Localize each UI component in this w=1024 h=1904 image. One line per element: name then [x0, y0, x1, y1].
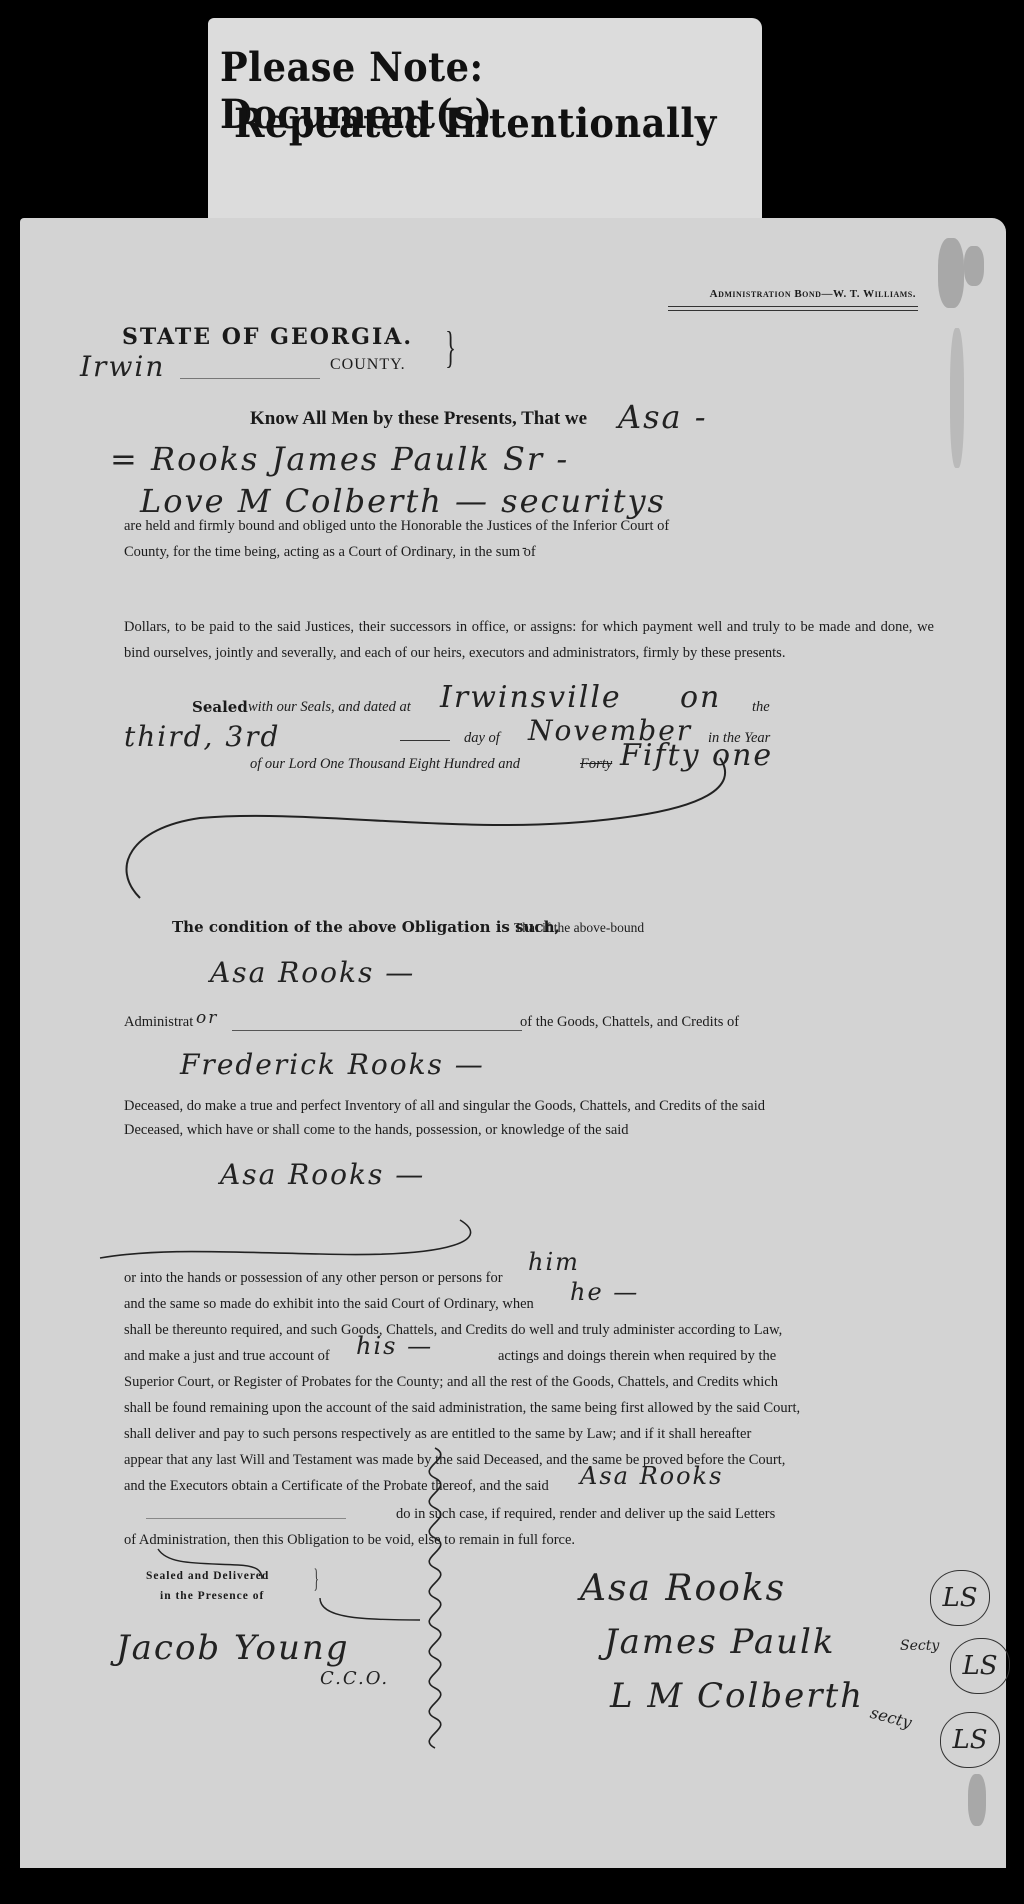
required-line: shall be thereunto required, and such Go… — [124, 1322, 782, 1339]
signer-james-paulk-suffix: Secty — [900, 1638, 939, 1654]
administration-bond-document: Administration Bond—W. T. Williams. STAT… — [20, 218, 1006, 1868]
deceased-line-1: Deceased, do make a true and perfect Inv… — [124, 1098, 765, 1115]
exhibit-line: and the same so made do exhibit into the… — [124, 1296, 534, 1313]
seal-ls: LS — [940, 1712, 1000, 1768]
found-line: shall be found remaining upon the accoun… — [124, 1400, 800, 1417]
executors-line: and the Executors obtain a Certificate o… — [124, 1478, 549, 1495]
deliver-line: shall deliver and pay to such persons re… — [124, 1426, 751, 1443]
account-line-b: actings and doings therein when required… — [498, 1348, 776, 1365]
administrat-label: Administrat — [124, 1014, 193, 1031]
signer-l-m-colberth: L M Colberth — [610, 1676, 864, 1716]
signer-james-paulk: James Paulk — [604, 1622, 836, 1662]
witness-label-2: in the Presence of — [160, 1590, 264, 1602]
persons-line: or into the hands or possession of any o… — [124, 1270, 503, 1287]
signer-asa-rooks: Asa Rooks — [580, 1568, 786, 1609]
executors-hand: Asa Rooks — [580, 1462, 723, 1490]
witness-signature: Jacob Young — [116, 1628, 350, 1668]
pen-flourishes — [20, 218, 1006, 1868]
said-hand: Asa Rooks — — [220, 1158, 425, 1191]
seal-ls: LS — [930, 1570, 990, 1626]
exhibit-hand: he — — [570, 1278, 639, 1306]
that-if-text: That if the above-bound — [514, 920, 644, 936]
persons-hand: him — [528, 1248, 580, 1276]
account-hand: his — — [356, 1332, 433, 1360]
administrator-hand: Asa Rooks — — [210, 956, 415, 989]
void-line: of Administration, then this Obligation … — [124, 1532, 575, 1549]
deceased-hand: Frederick Rooks — — [180, 1048, 485, 1081]
render-blank-line — [146, 1518, 346, 1519]
condition-heading: The condition of the above Obligation is… — [172, 918, 560, 936]
goods-of-text: of the Goods, Chattels, and Credits of — [520, 1014, 739, 1031]
notice-line-2: Repeated Intentionally — [234, 100, 717, 147]
account-line-a: and make a just and true account of — [124, 1348, 330, 1365]
repeated-notice-slip: Please Note: Document(s) Repeated Intent… — [208, 18, 762, 228]
superior-line: Superior Court, or Register of Probates … — [124, 1374, 778, 1391]
seal-ls: LS — [950, 1638, 1010, 1694]
witness-title: C.C.O. — [320, 1668, 389, 1689]
administrat-suffix-hand: or — [196, 1008, 218, 1028]
deceased-line-2: Deceased, which have or shall come to th… — [124, 1122, 629, 1139]
administrat-blank-line — [232, 1030, 522, 1031]
witness-label-1: Sealed and Delivered — [146, 1570, 269, 1582]
render-line: do in such case, if required, render and… — [396, 1506, 775, 1523]
witness-brace: } — [314, 1564, 319, 1594]
